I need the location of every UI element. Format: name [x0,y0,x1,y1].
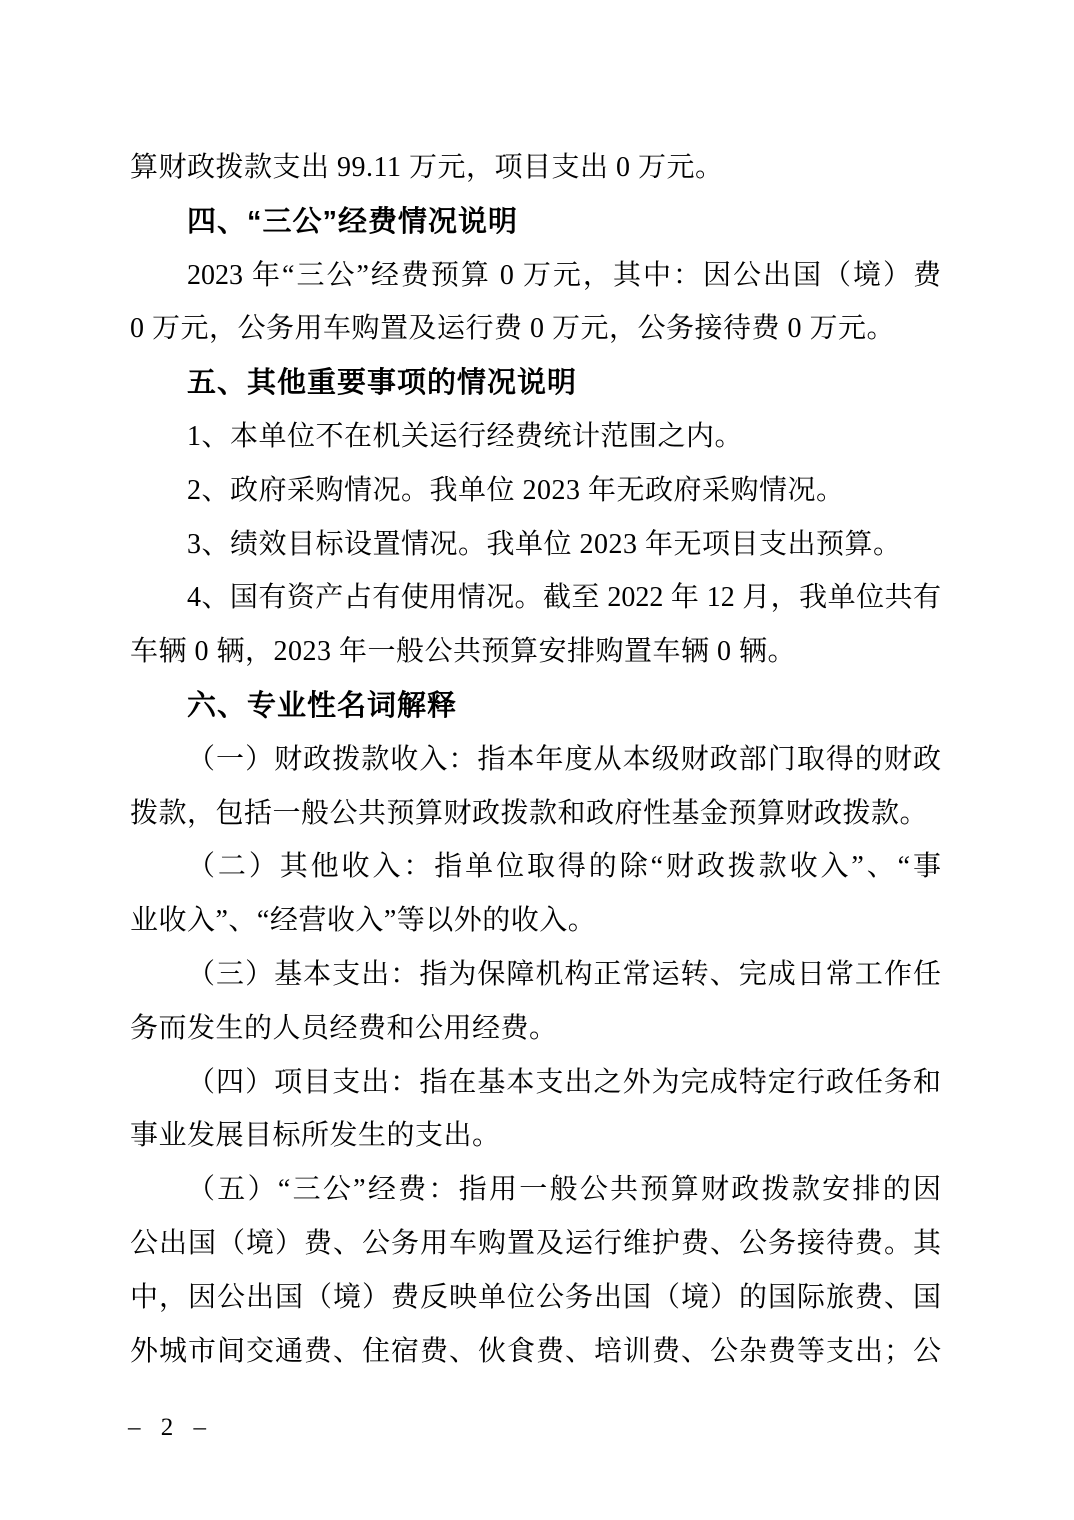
heading-section-four-sangong-funds: 四、“三公”经费情况说明 [130,195,941,249]
body-line-item-3-performance-targets: 3、绩效目标设置情况。我单位 2023 年无项目支出预算。 [130,518,941,572]
body-line-item-1-operating-funds: 1、本单位不在机关运行经费统计范围之内。 [130,410,941,464]
body-line-term-1-fiscal-appropriation-1: （一）财政拨款收入：指本年度从本级财政部门取得的财政 [130,733,941,787]
body-line-term-3-basic-expenditure-1: （三）基本支出：指为保障机构正常运转、完成日常工作任 [130,948,941,1002]
body-line-item-2-procurement: 2、政府采购情况。我单位 2023 年无政府采购情况。 [130,464,941,518]
body-line-term-1-fiscal-appropriation-2: 拨款，包括一般公共预算财政拨款和政府性基金预算财政拨款。 [130,787,941,841]
body-line-term-2-other-income-2: 业收入”、“经营收入”等以外的收入。 [130,894,941,948]
body-line-sangong-budget-2: 0 万元，公务用车购置及运行费 0 万元，公务接待费 0 万元。 [130,302,941,356]
page-number-footer: – 2 – [128,1401,213,1455]
body-line-budget-expenditure: 算财政拨款支出 99.11 万元，项目支出 0 万元。 [130,141,941,195]
heading-section-six-terminology: 六、专业性名词解释 [130,679,941,733]
body-line-term-5-sangong-definition-4: 外城市间交通费、住宿费、伙食费、培训费、公杂费等支出；公 [130,1325,941,1379]
heading-section-five-other-matters: 五、其他重要事项的情况说明 [130,356,941,410]
body-line-term-4-project-expenditure-1: （四）项目支出：指在基本支出之外为完成特定行政任务和 [130,1056,941,1110]
body-line-term-2-other-income-1: （二）其他收入：指单位取得的除“财政拨款收入”、“事 [130,840,941,894]
body-line-term-5-sangong-definition-1: （五）“三公”经费：指用一般公共预算财政拨款安排的因 [130,1163,941,1217]
body-line-term-5-sangong-definition-2: 公出国（境）费、公务用车购置及运行维护费、公务接待费。其 [130,1217,941,1271]
body-line-term-3-basic-expenditure-2: 务而发生的人员经费和公用经费。 [130,1002,941,1056]
body-line-term-4-project-expenditure-2: 事业发展目标所发生的支出。 [130,1109,941,1163]
body-line-item-4-state-assets-2: 车辆 0 辆，2023 年一般公共预算安排购置车辆 0 辆。 [130,625,941,679]
body-line-item-4-state-assets-1: 4、国有资产占有使用情况。截至 2022 年 12 月，我单位共有 [130,571,941,625]
body-line-sangong-budget-1: 2023 年“三公”经费预算 0 万元，其中：因公出国（境）费 [130,249,941,303]
document-page: 算财政拨款支出 99.11 万元，项目支出 0 万元。 四、“三公”经费情况说明… [0,0,1074,1520]
body-line-term-5-sangong-definition-3: 中，因公出国（境）费反映单位公务出国（境）的国际旅费、国 [130,1271,941,1325]
